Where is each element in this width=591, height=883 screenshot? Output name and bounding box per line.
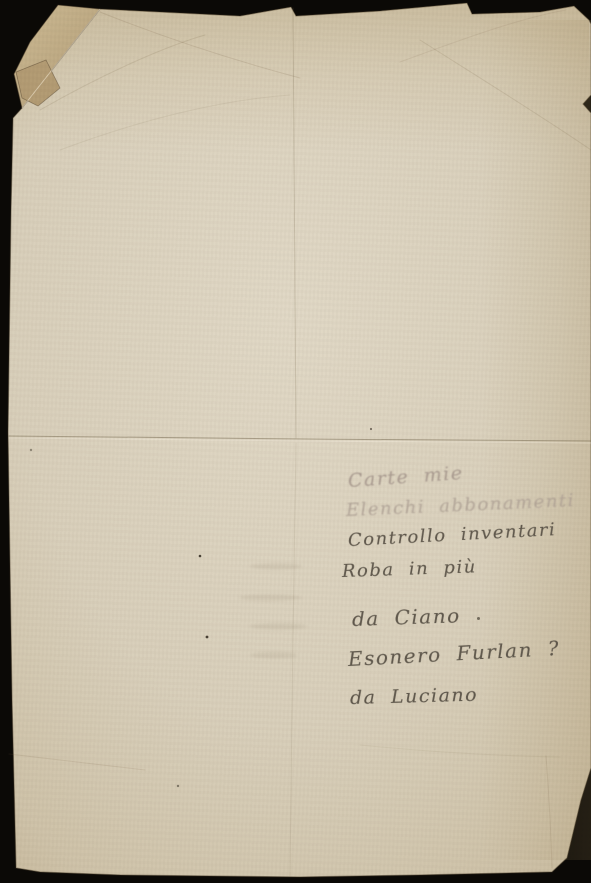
scanned-document-photo: Carte mie Elenchi abbonamenti Controllo … — [0, 0, 591, 883]
paper-sheet-rendering — [0, 0, 591, 883]
